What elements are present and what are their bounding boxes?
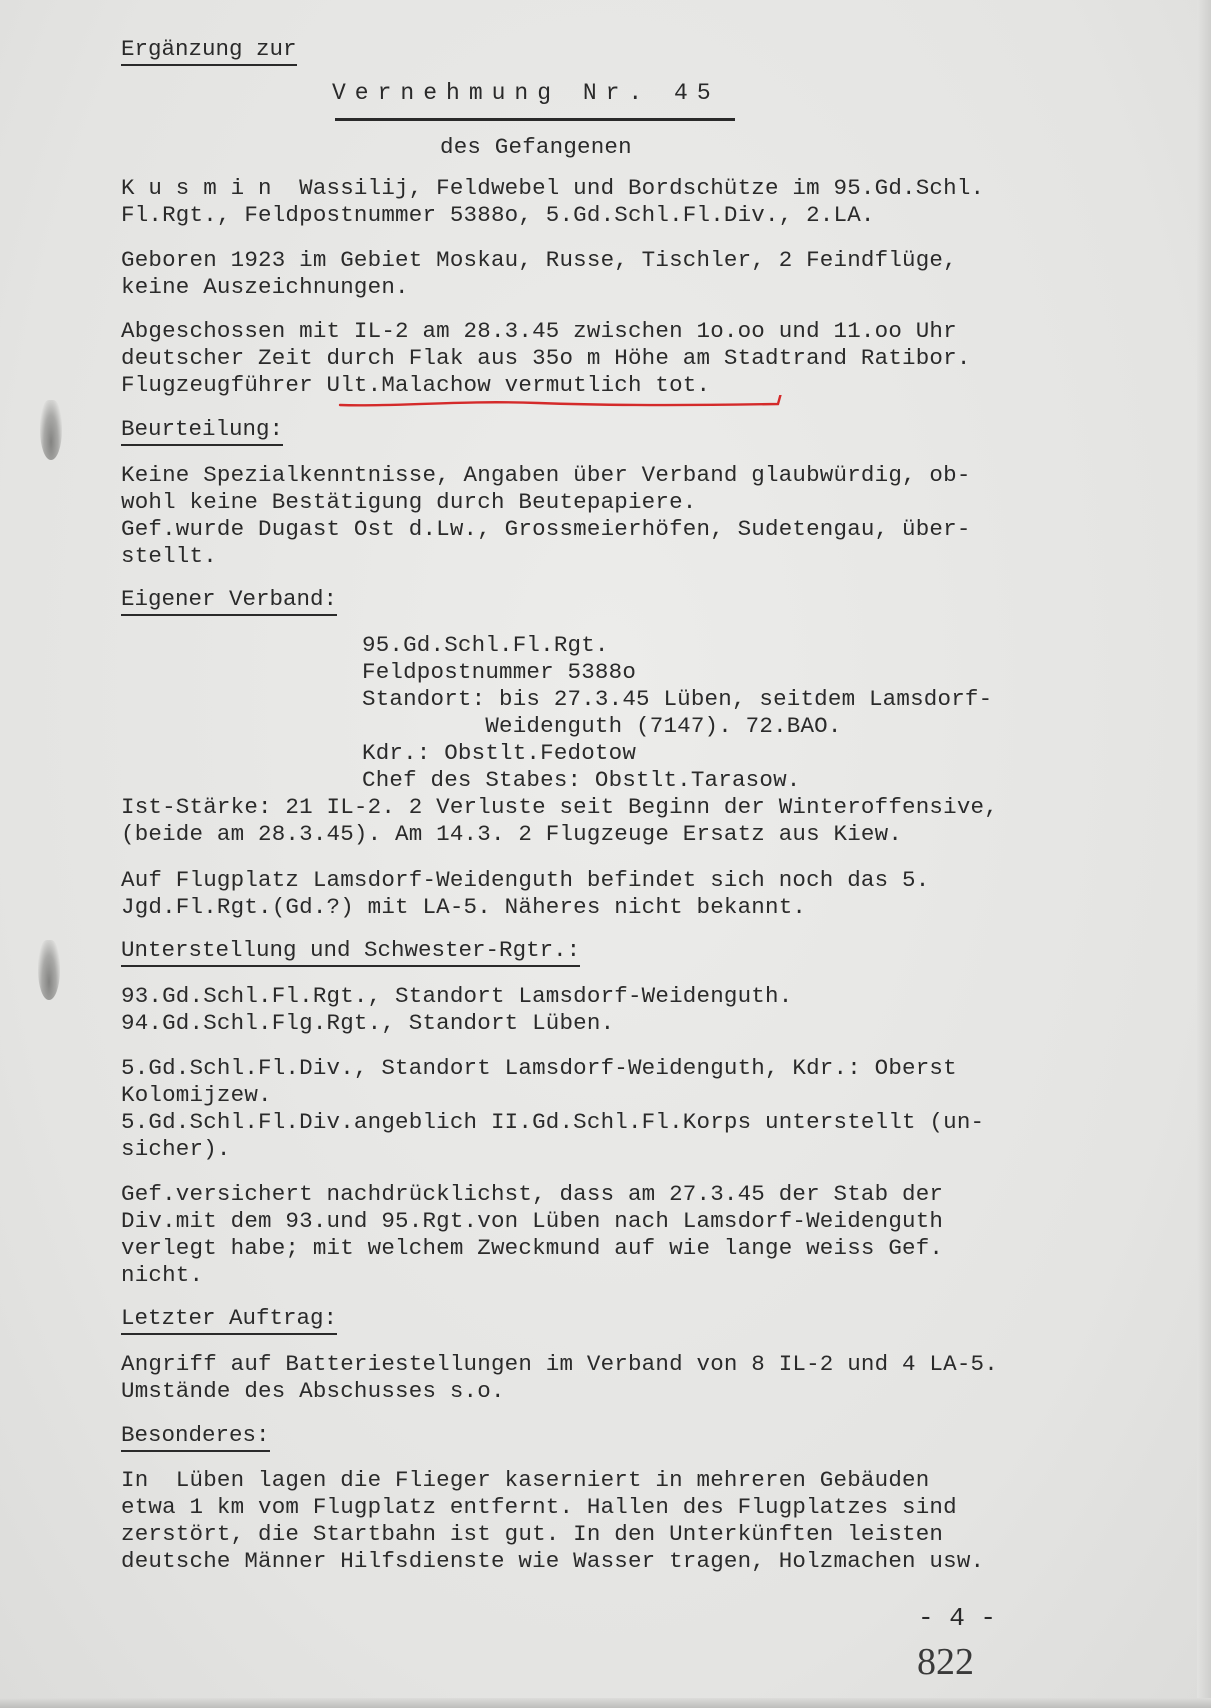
mission-line: Angriff auf Batteriestellungen im Verban… — [121, 1351, 998, 1378]
page-edge-right — [1197, 0, 1211, 1708]
archive-number: 822 — [917, 1640, 974, 1684]
unit-line: Standort: bis 27.3.45 Lüben, seitdem Lam… — [362, 686, 992, 713]
born-line: Geboren 1923 im Gebiet Moskau, Russe, Ti… — [121, 247, 957, 274]
relocation-line: verlegt habe; mit welchem Zweckmund auf … — [121, 1235, 943, 1262]
section-heading-besonderes: Besonderes: — [121, 1422, 270, 1452]
unit-line: Kdr.: Obstlt.Fedotow — [362, 740, 636, 767]
document-subtitle: des Gefangenen — [440, 134, 632, 161]
unit-line: Chef des Stabes: Obstlt.Tarasow. — [362, 767, 800, 794]
document-page: Ergänzung zur Vernehmung Nr. 45 des Gefa… — [0, 0, 1211, 1708]
red-pen-underline — [338, 395, 784, 413]
section-heading-beurteilung: Beurteilung: — [121, 416, 283, 446]
shot-down-line: Abgeschossen mit IL-2 am 28.3.45 zwische… — [121, 318, 957, 345]
relocation-line: nicht. — [121, 1262, 203, 1289]
relocation-line: Div.mit dem 93.und 95.Rgt.von Lüben nach… — [121, 1208, 943, 1235]
regiment-line: 93.Gd.Schl.Fl.Rgt., Standort Lamsdorf-We… — [121, 983, 792, 1010]
besonderes-line: deutsche Männer Hilfsdienste wie Wasser … — [121, 1548, 984, 1575]
title-underline — [335, 118, 735, 121]
header-label: Ergänzung zur — [121, 36, 297, 66]
beurteilung-line: stellt. — [121, 543, 217, 570]
mission-line: Umstände des Abschusses s.o. — [121, 1378, 505, 1405]
unit-line: Feldpostnummer 5388o — [362, 659, 636, 686]
airfield-line: Auf Flugplatz Lamsdorf-Weidenguth befind… — [121, 867, 929, 894]
besonderes-line: zerstört, die Startbahn ist gut. In den … — [121, 1521, 943, 1548]
punch-hole-mark — [38, 940, 60, 1000]
document-title: Vernehmung Nr. 45 — [332, 80, 720, 107]
beurteilung-line: Gef.wurde Dugast Ost d.Lw., Grossmeierhö… — [121, 516, 971, 543]
section-heading-eigener-verband: Eigener Verband: — [121, 586, 337, 616]
besonderes-line: etwa 1 km vom Flugplatz entfernt. Hallen… — [121, 1494, 957, 1521]
besonderes-line: In Lüben lagen die Flieger kaserniert in… — [121, 1467, 929, 1494]
unit-line: 95.Gd.Schl.Fl.Rgt. — [362, 632, 609, 659]
page-number: - 4 - — [918, 1603, 996, 1633]
page-edge-bottom — [0, 1698, 1211, 1708]
strength-line: Ist-Stärke: 21 IL-2. 2 Verluste seit Beg… — [121, 794, 998, 821]
beurteilung-line: wohl keine Bestätigung durch Beutepapier… — [121, 489, 697, 516]
punch-hole-mark — [40, 400, 62, 460]
division-line: 5.Gd.Schl.Fl.Div.angeblich II.Gd.Schl.Fl… — [121, 1109, 984, 1136]
relocation-line: Gef.versichert nachdrücklichst, dass am … — [121, 1181, 943, 1208]
section-heading-unterstellung: Unterstellung und Schwester-Rgtr.: — [121, 937, 580, 967]
born-line: keine Auszeichnungen. — [121, 274, 409, 301]
intro-line: K u s m i n Wassilij, Feldwebel und Bord… — [121, 175, 984, 202]
unit-line: Weidenguth (7147). 72.BAO. — [362, 713, 842, 740]
regiment-line: 94.Gd.Schl.Flg.Rgt., Standort Lüben. — [121, 1010, 614, 1037]
division-line: 5.Gd.Schl.Fl.Div., Standort Lamsdorf-Wei… — [121, 1055, 957, 1082]
section-heading-letzter-auftrag: Letzter Auftrag: — [121, 1305, 337, 1335]
shot-down-line: deutscher Zeit durch Flak aus 35o m Höhe… — [121, 345, 971, 372]
airfield-line: Jgd.Fl.Rgt.(Gd.?) mit LA-5. Näheres nich… — [121, 894, 806, 921]
strength-line: (beide am 28.3.45). Am 14.3. 2 Flugzeuge… — [121, 821, 902, 848]
beurteilung-line: Keine Spezialkenntnisse, Angaben über Ve… — [121, 462, 971, 489]
division-line: Kolomijzew. — [121, 1082, 272, 1109]
division-line: sicher). — [121, 1136, 231, 1163]
intro-line: Fl.Rgt., Feldpostnummer 5388o, 5.Gd.Schl… — [121, 202, 875, 229]
